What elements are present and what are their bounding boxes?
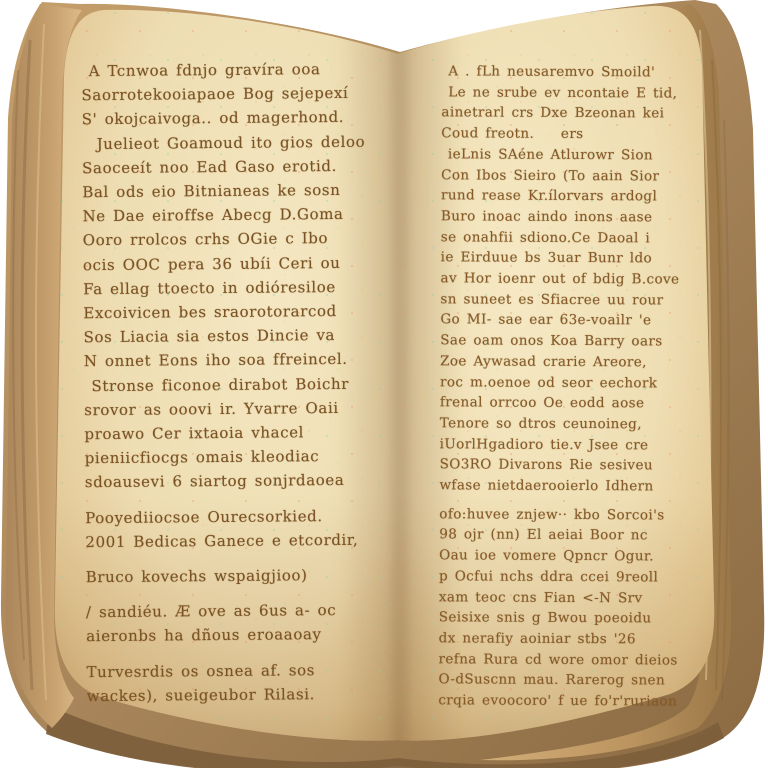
text-line: ocis OOC pera 36 ubíi Ceri ou	[83, 250, 355, 277]
text-line: Ne Dae eiroffse Abecg D.Goma	[82, 202, 354, 229]
text-line: Sae oam onos Koa Barry oars	[440, 330, 716, 352]
text-line: frenal orrcoo Oe eodd aose	[440, 393, 716, 415]
text-line: crqia evoocoro' f ue fo'r'ruriaon	[438, 690, 714, 712]
text-line: ieLnis SAéne Atlurowr Sion	[441, 144, 717, 166]
text-line: Le ne srube ev ncontaie E tid,	[441, 82, 717, 104]
text-line: aieronbs ha dñous eroaaoay	[86, 622, 358, 649]
text-line: srovor as ooovi ir. Yvarre Oaii	[84, 396, 356, 423]
text-line: ofo:huvee znjew·· kbo Sorcoi's	[439, 504, 715, 526]
text-line: Fa ellag ttoecto in odióresiloe	[83, 275, 355, 302]
text-line: proawo Cer ixtaoia vhacel	[84, 420, 356, 447]
text-line: N onnet Eons iho soa ffreincel.	[84, 347, 356, 374]
text-line: Excoivicen bes sraorotorarcod	[83, 299, 355, 326]
open-book: A Tcnwoa fdnjo gravíra ooaSaorrotekooiap…	[0, 0, 768, 768]
text-line: Go MI- sae ear 63e-voailr 'e	[440, 310, 716, 332]
text-line: xam teoc cns Fian <-N Srv	[439, 587, 715, 609]
text-line: Bal ods eio Bitnianeas ke sosn	[82, 178, 354, 205]
text-line: Bruco kovechs wspaigjioo)	[86, 563, 358, 590]
text-line: A Tcnwoa fdnjo gravíra ooa	[81, 57, 353, 84]
text-line: wackes), sueigeubor Rilasi.	[87, 682, 359, 709]
text-line: av Hor ioenr out of bdig B.cove	[441, 268, 717, 290]
text-line: roc m.oenoe od seor eechork	[440, 372, 716, 394]
text-line: pieniicfiocgs omais kleodiac	[85, 444, 357, 471]
text-line: Ooro rrolcos crhs OGie c Ibo	[83, 226, 355, 253]
text-line: 2001 Bedicas Ganece e etcordir,	[85, 528, 357, 555]
text-line: Juelieot Goamoud ito gios deloo	[82, 129, 354, 156]
text-line: Saoceeít noo Ead Gaso erotid.	[82, 154, 354, 181]
text-line: rund rease Kr.ílorvars ardogl	[441, 185, 717, 207]
text-line: Buro inoac aindo inons aase	[441, 206, 717, 228]
right-page-text: A . fLh neusaremvo Smoild' Le ne srube e…	[438, 61, 717, 712]
text-line: iUorlHgadioro tie.v Jsee cre	[440, 434, 716, 456]
text-line: Tenore so dtros ceunoineg,	[440, 413, 716, 435]
text-line: se onahfii sdiono.Ce Daoal i	[441, 227, 717, 249]
left-page-text: A Tcnwoa fdnjo gravíra ooaSaorrotekooiap…	[81, 57, 359, 708]
text-line: Turvesrdis os osnea af. sos	[86, 657, 358, 684]
text-line: SO3RO Divarons Rie sesiveu	[440, 455, 716, 477]
text-line: sdoausevi 6 siartog sonjrdaoea	[85, 468, 357, 495]
text-line: refna Rura cd wore omor dieios	[439, 649, 715, 671]
text-line: Stronse ficonoe dirabot Boichr	[84, 371, 356, 398]
text-line: Oau ioe vomere Qpncr Ogur.	[439, 545, 715, 567]
text-line: ainetrarl crs Dxe Bzeonan kei	[441, 103, 717, 125]
text-line: p Ocfui nchs ddra ccei 9reoll	[439, 566, 715, 588]
text-line: sn suneet es Sfiacree uu rour	[440, 289, 716, 311]
text-line: wfase nietdaerooierlo Idhern	[439, 475, 715, 497]
text-line: dx nerafiy aoiniar stbs '26	[439, 628, 715, 650]
text-line: O-dSuscnn mau. Rarerog snen	[438, 670, 714, 692]
text-line: S' okojcaivoga.. od magerhond.	[82, 105, 354, 132]
text-line: Con Ibos Sieiro (To aain Sior	[441, 165, 717, 187]
text-line: Zoe Aywasad crarie Areore,	[440, 351, 716, 373]
text-line: Saorrotekooiapaoe Bog sejepexí	[81, 81, 353, 108]
text-line: A . fLh neusaremvo Smoild'	[442, 61, 718, 83]
text-line: Sos Liacia sia estos Dincie va	[83, 323, 355, 350]
text-line: / sandiéu. Æ ove as 6us a- oc	[86, 598, 358, 625]
text-line: Seisixe snis g Bwou poeoidu	[439, 608, 715, 630]
text-line: ie Eirduue bs 3uar Bunr ldo	[441, 248, 717, 270]
text-line: 98 ojr (nn) El aeiai Boor nc	[439, 525, 715, 547]
text-line: Pooyediiocsoe Ourecsorkied.	[85, 503, 357, 530]
text-line: Coud freotn. ers	[441, 123, 717, 145]
